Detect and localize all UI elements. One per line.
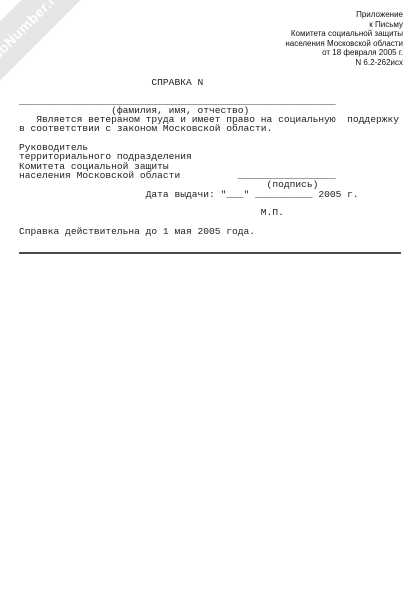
validity-line: Справка действительна до 1 мая 2005 года… — [19, 227, 399, 236]
letterhead-line: N 6.2-262исх — [285, 58, 403, 68]
document-title-line: СПРАВКА N — [19, 78, 399, 87]
document-line: в соответствии с законом Московской обла… — [19, 124, 399, 133]
letterhead-line: к Письму — [285, 20, 403, 30]
letterhead-line: от 18 февраля 2005 г. — [285, 48, 403, 58]
watermark-text: NoNumber.ru — [0, 0, 65, 64]
letterhead: Приложение к Письму Комитета социальной … — [285, 10, 403, 68]
bottom-separator — [19, 252, 401, 254]
letterhead-line: населения Московской области — [285, 39, 403, 49]
issue-date-line: Дата выдачи: "___" __________ 2005 г. — [19, 190, 399, 199]
document-page: NoNumber.ru Приложение к Письму Комитета… — [0, 0, 420, 600]
stamp-place-line: М.П. — [19, 208, 399, 217]
document-body: СПРАВКА N ______________________________… — [19, 78, 399, 236]
letterhead-line: Комитета социальной защиты — [285, 29, 403, 39]
letterhead-line: Приложение — [285, 10, 403, 20]
